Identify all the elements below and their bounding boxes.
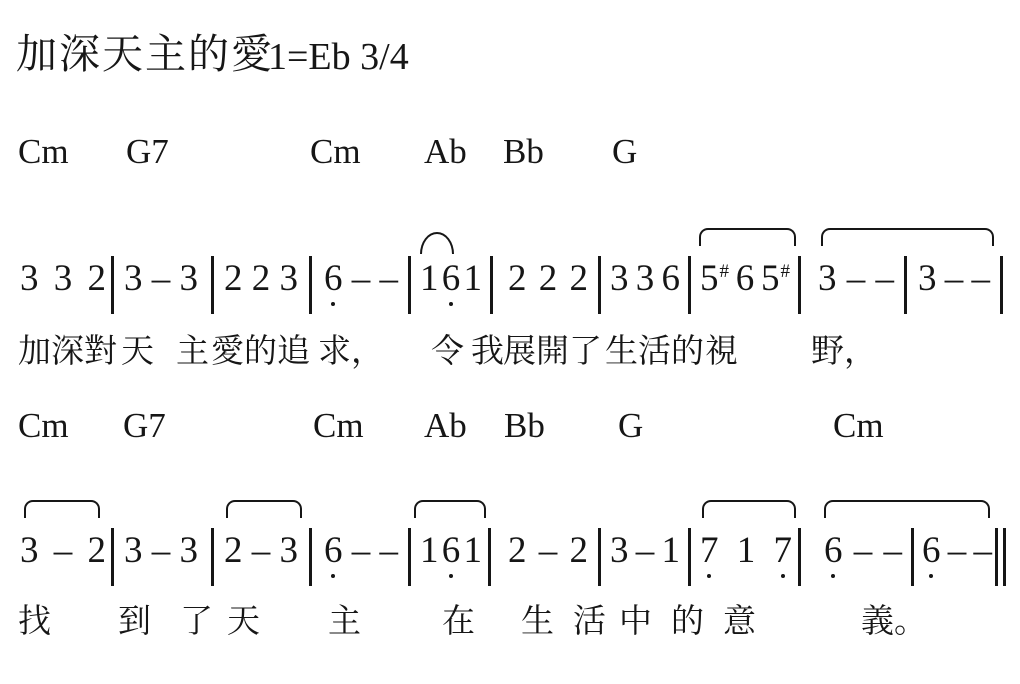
note-measure: 717 [700,532,792,576]
lyric-syllable: 野， [811,336,877,369]
chord-label: Cm [18,134,69,169]
note-digit: 2 [570,260,589,297]
chord-label: Ab [424,134,467,169]
note-measure: 6–– [922,532,992,576]
note-measure: 223 [224,260,298,304]
dash-note: – [539,532,558,569]
note-digit: 3 [610,260,629,297]
note-digit: 3 [180,260,199,297]
note-digit: 5# [761,260,790,297]
dash-note: – [252,532,271,569]
note-digit: 2 [88,532,107,569]
dash-note: – [972,260,991,297]
barline [309,256,312,314]
lyric-syllable: 愛的追 [211,336,310,369]
low-octave-dot [831,574,835,578]
lyric-syllable: 天 [121,336,154,369]
lyric-syllable: 義。 [861,606,927,639]
lyric-syllable: 我 [471,336,504,369]
note-digit: 3 [280,532,299,569]
sharp-accidental: # [720,261,730,282]
tie-bracket [824,500,990,518]
note-digit: 3 [20,532,39,569]
note-digit: 3 [818,260,837,297]
lyric-syllable: 生 [521,606,554,639]
note-digit: 3 [636,260,655,297]
note-measure: 332 [20,260,106,304]
dash-note: – [152,532,171,569]
chord-label: Cm [18,408,69,443]
lyric-syllable: 活 [573,606,606,639]
tie-bracket [699,228,796,246]
note-measure: 6–– [824,532,902,576]
note-digit: 2 [508,532,527,569]
dash-note: – [380,260,399,297]
note-measure: 3–– [918,260,990,304]
lyric-syllable: 天 [227,606,260,639]
barline [490,256,493,314]
note-measure: 6–– [324,260,398,304]
low-octave-dot [331,574,335,578]
dash-note: – [884,532,903,569]
note-digit: 1 [464,260,483,297]
note-digit: 6 [736,260,755,297]
barline [598,256,601,314]
note-measure: 3–3 [124,532,198,576]
chord-label: G [618,408,643,443]
barline [904,256,907,314]
note-digit: 6 [662,260,681,297]
barline [688,256,691,314]
barline [211,256,214,314]
note-digit: 1 [662,532,681,569]
note-digit: 1 [420,260,439,297]
note-digit: 7 [774,532,793,569]
note-measure: 6–– [324,532,398,576]
note-digit: 3 [180,532,199,569]
tie-bracket [702,500,796,518]
dash-note: – [854,532,873,569]
tie-bracket [821,228,994,246]
song-title: 加深天主的愛 [16,34,274,75]
low-octave-dot [449,574,453,578]
note-digit: 1 [464,532,483,569]
note-measure: 5#65# [700,260,790,304]
chord-label: Bb [503,134,544,169]
double-barline [1003,528,1006,586]
double-barline [995,528,998,586]
lyric-syllable: 的 [671,606,704,639]
note-digit: 2 [508,260,527,297]
note-measure: 2–2 [508,532,588,576]
barline [798,256,801,314]
chord-label: Cm [313,408,364,443]
dash-note: – [636,532,655,569]
note-digit: 6 [442,260,461,297]
lyric-syllable: 加深對 [18,336,117,369]
barline [408,256,411,314]
dash-note: – [352,260,371,297]
note-digit: 6 [922,532,941,569]
note-digit: 2 [224,260,243,297]
dash-note: – [945,260,964,297]
tie-bracket [24,500,100,518]
sheet-music-page: { "page": {"background": "#ffffff", "ink… [0,0,1020,684]
low-octave-dot [929,574,933,578]
note-digit: 2 [539,260,558,297]
lyric-syllable: 在 [442,606,475,639]
dash-note: – [948,532,967,569]
note-digit: 6 [442,532,461,569]
note-measure: 3–2 [20,532,106,576]
barline [211,528,214,586]
barline [598,528,601,586]
note-measure: 222 [508,260,588,304]
barline [688,528,691,586]
lyric-syllable: 視 [705,336,738,369]
barline [1000,256,1003,314]
barline [488,528,491,586]
barline [408,528,411,586]
chord-label: Ab [424,408,467,443]
lyric-syllable: 主 [176,336,209,369]
lyric-syllable: 了 [180,606,213,639]
note-digit: 3 [280,260,299,297]
low-octave-dot [707,574,711,578]
low-octave-dot [781,574,785,578]
lyric-syllable: 中 [619,606,652,639]
note-digit: 5# [700,260,729,297]
note-digit: 6 [324,532,343,569]
chord-label: Cm [310,134,361,169]
note-digit: 3 [20,260,39,297]
chord-label: G7 [126,134,169,169]
chord-label: Cm [833,408,884,443]
note-digit: 1 [737,532,756,569]
note-measure: 3–– [818,260,894,304]
note-digit: 2 [252,260,271,297]
note-digit: 1 [420,532,439,569]
tie-arc [420,232,454,254]
notes-row: 3323–32236––1612223365#65#3––3–– [0,226,1020,326]
note-digit: 2 [88,260,107,297]
lyric-syllable: 求， [318,336,384,369]
tie-bracket [414,500,486,518]
sharp-accidental: # [781,261,791,282]
low-octave-dot [449,302,453,306]
barline [111,256,114,314]
lyric-syllable: 展開了 [503,336,602,369]
note-digit: 2 [570,532,589,569]
barline [111,528,114,586]
note-measure: 161 [420,260,482,304]
note-measure: 3–1 [610,532,680,576]
note-digit: 7 [700,532,719,569]
dash-note: – [876,260,895,297]
note-digit: 6 [324,260,343,297]
lyric-syllable: 生活的 [605,336,704,369]
note-digit: 3 [610,532,629,569]
dash-note: – [847,260,866,297]
lyric-syllable: 令 [431,336,464,369]
note-digit: 3 [918,260,937,297]
note-measure: 336 [610,260,680,304]
dash-note: – [152,260,171,297]
note-digit: 3 [54,260,73,297]
chord-label: G [612,134,637,169]
barline [911,528,914,586]
note-measure: 3–3 [124,260,198,304]
note-digit: 3 [124,260,143,297]
barline [309,528,312,586]
barline [798,528,801,586]
dash-note: – [54,532,73,569]
note-measure: 161 [420,532,482,576]
chord-label: Bb [504,408,545,443]
tie-bracket [226,500,302,518]
lyric-syllable: 主 [328,606,361,639]
lyric-syllable: 找 [18,606,51,639]
lyric-syllable: 到 [118,606,151,639]
dash-note: – [352,532,371,569]
key-signature: 1=Eb 3/4 [268,38,409,76]
dash-note: – [974,532,993,569]
note-digit: 6 [824,532,843,569]
note-digit: 2 [224,532,243,569]
notes-row: 3–23–32–36––1612–23–17176––6–– [0,498,1020,598]
note-digit: 3 [124,532,143,569]
chord-label: G7 [123,408,166,443]
note-measure: 2–3 [224,532,298,576]
lyric-syllable: 意 [723,606,756,639]
dash-note: – [380,532,399,569]
low-octave-dot [331,302,335,306]
